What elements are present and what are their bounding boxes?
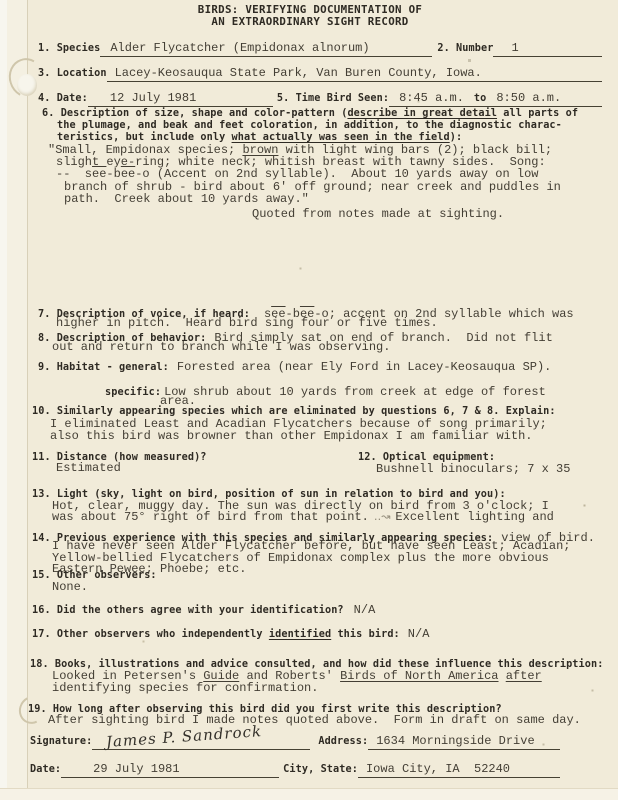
time-seen-label: 5. Time Bird Seen: <box>277 93 389 104</box>
form-title-line2: AN EXTRAORDINARY SIGHT RECORD <box>145 16 475 28</box>
q17-answer: N/A <box>408 627 430 641</box>
q6-label-line2: the plumage, and beak and feet coloratio… <box>57 120 562 131</box>
q15-label: 15. Other observers: <box>32 570 157 581</box>
q10-answer-line2: also this bird was browner than other Em… <box>50 430 532 443</box>
q17-label-underlined: identified <box>269 629 331 640</box>
page-bottom-edge <box>0 788 618 800</box>
q10-label: 10. Similarly appearing species which ar… <box>32 406 556 417</box>
q16-answer: N/A <box>354 603 376 617</box>
q9-specific-answer-line1: Low shrub about 10 yards from creek at e… <box>164 385 546 399</box>
signature-field: James P. Sandrock <box>92 730 310 750</box>
q9-label: 9. Habitat - general: <box>38 362 169 373</box>
q6-label-part2: all parts of <box>497 108 578 119</box>
q18-answer-underlined2: Birds of North America <box>340 669 498 683</box>
q6-label-part4: ): <box>450 132 462 143</box>
q18-answer-underlined3: after <box>506 669 542 683</box>
q15-answer: None. <box>52 581 88 594</box>
location-value: Lacey-Keosauqua State Park, Van Buren Co… <box>107 66 482 80</box>
q6-song-part1: -- s <box>56 167 92 181</box>
city-state-value: Iowa City, IA 52240 <box>358 762 510 776</box>
q18-answer-space <box>499 669 506 683</box>
location-label: 3. Location <box>38 68 107 79</box>
time-to-value: 8:50 a.m. <box>496 91 561 105</box>
time-to-word: to <box>474 93 486 104</box>
q9-specific-label: specific: <box>105 387 161 398</box>
q6-label-underlined1: describe in great detail <box>347 108 497 119</box>
q9-row: 9. Habitat - general:Forested area (near… <box>38 358 551 376</box>
address-value: 1634 Morningside Drive <box>368 734 534 748</box>
q18-answer-line2: identifying species for confirmation. <box>52 682 318 695</box>
date-city-row: Date: 29 July 1981 City, State: Iowa Cit… <box>30 759 560 778</box>
signature-address-row: Signature: James P. Sandrock Address: 16… <box>30 730 560 750</box>
q6-credit-line: Quoted from notes made at sighting. <box>252 208 504 221</box>
signature-label: Signature: <box>30 736 92 747</box>
q12-answer: Bushnell binoculars; 7 x 35 <box>376 463 570 476</box>
q6-song-overline2: ee <box>121 167 135 181</box>
q6-song-part2: -b <box>106 167 120 181</box>
time-from-value: 8:45 a.m. <box>389 91 464 105</box>
q6-label-part3: teristics, but include only <box>57 132 232 143</box>
q17-label-part2: this bird: <box>331 629 400 640</box>
signdate-field: 29 July 1981 <box>61 759 279 778</box>
document-scan: BIRDS: VERIFYING DOCUMENTATION OF AN EXT… <box>0 0 618 800</box>
city-state-label: City, State: <box>283 764 358 775</box>
q11-answer: Estimated <box>56 462 121 475</box>
city-state-field: Iowa City, IA 52240 <box>358 759 560 778</box>
q6-song-part3: -o (Accent on 2nd syllable). About 10 ya… <box>135 167 538 181</box>
species-field: Alder Flycatcher (Empidonax alnorum) <box>100 38 432 57</box>
q6-song-overline1: ee <box>92 167 106 181</box>
pencil-arrow-mark: ‥↝ <box>374 510 391 523</box>
q16-label: 16. Did the others agree with your ident… <box>32 605 344 616</box>
q17-row: 17. Other observers who independently id… <box>32 625 429 643</box>
species-number-row: 1. Species Alder Flycatcher (Empidonax a… <box>38 38 602 57</box>
page-left-edge <box>7 0 28 800</box>
hole-punch-mark <box>17 74 37 96</box>
number-field: 1 <box>493 38 602 57</box>
q6-label-part1: 6. Description of size, shape and color-… <box>42 108 347 119</box>
q13-answer-part2: Excellent lighting and <box>395 510 553 524</box>
signdate-value: 29 July 1981 <box>61 762 179 776</box>
q9-answer: Forested area (near Ely Ford in Lacey-Ke… <box>177 360 551 374</box>
q6-label-underlined2: what actually was seen in the field <box>232 132 450 143</box>
signdate-label: Date: <box>30 764 61 775</box>
q6-label-line1: 6. Description of size, shape and color-… <box>42 108 578 119</box>
q6-label-line3: teristics, but include only what actuall… <box>57 132 462 143</box>
q17-label-part1: 17. Other observers who independently <box>32 629 269 640</box>
location-field: Lacey-Keosauqua State Park, Van Buren Co… <box>107 63 602 82</box>
address-field: 1634 Morningside Drive <box>368 731 560 750</box>
q6-answer-line5: path. Creek about 10 yards away." <box>64 193 309 206</box>
number-label: 2. Number <box>437 43 493 54</box>
date-value: 12 July 1981 <box>88 91 196 105</box>
number-value: 1 <box>493 41 518 55</box>
scan-speckles <box>0 0 1 1</box>
q16-row: 16. Did the others agree with your ident… <box>32 601 375 619</box>
date-field: 12 July 1981 <box>88 88 273 107</box>
time-seen-field: 8:45 a.m.to8:50 a.m. <box>389 88 602 107</box>
address-label: Address: <box>318 736 368 747</box>
location-row: 3. Location Lacey-Keosauqua State Park, … <box>38 63 602 82</box>
q8-answer-line2: out and return to branch while I was obs… <box>52 341 390 354</box>
q13-answer-line2: was about 75° right of bird from that po… <box>52 511 554 524</box>
species-value: Alder Flycatcher (Empidonax alnorum) <box>100 41 369 55</box>
scan-bed-edge <box>0 0 7 800</box>
q13-answer-part1: was about 75° right of bird from that po… <box>52 510 369 524</box>
q19-answer: After sighting bird I made notes quoted … <box>48 714 581 727</box>
species-label: 1. Species <box>38 43 100 54</box>
date-label: 4. Date: <box>38 93 88 104</box>
date-time-row: 4. Date: 12 July 1981 5. Time Bird Seen:… <box>38 88 602 107</box>
form-title: BIRDS: VERIFYING DOCUMENTATION OF AN EXT… <box>145 4 475 28</box>
